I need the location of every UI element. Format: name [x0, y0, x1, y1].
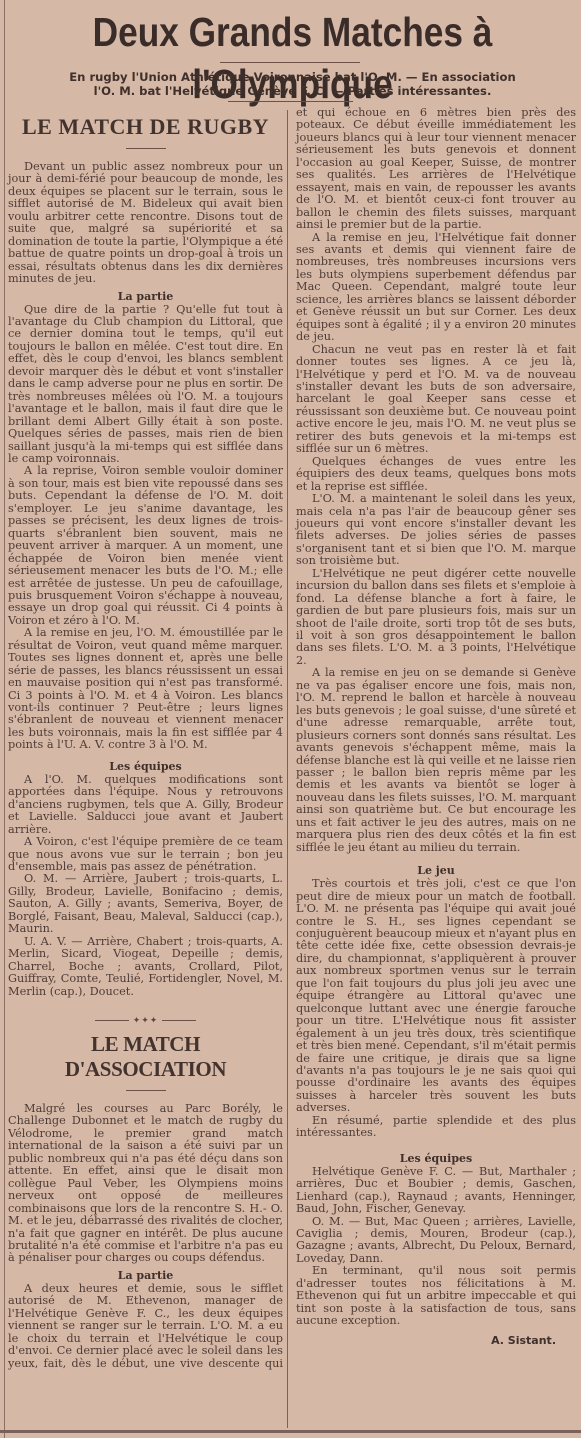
- association-jeu-title: Le jeu: [296, 864, 576, 877]
- association-partie-paragraph: Quelques échanges de vues entre les équi…: [296, 456, 576, 493]
- section-ornament: ✦✦✦: [8, 1016, 283, 1026]
- association-partie-paragraph: Chacun ne veut pas en rester là et fait …: [296, 344, 576, 456]
- rugby-equipes-paragraph: A l'O. M. quelques modifications sont ap…: [8, 774, 283, 836]
- page-edge-rule: [4, 0, 5, 1438]
- association-section-title: LE MATCH D'ASSOCIATION: [8, 1032, 283, 1082]
- association-partie-paragraph: L'Helvétique ne peut digérer cette nouve…: [296, 568, 576, 668]
- rugby-section-title: LE MATCH DE RUGBY: [8, 114, 283, 140]
- association-jeu-paragraph: En résumé, partie splendide et des plus …: [296, 1115, 576, 1140]
- subheadline: En rugby l'Union Athlétique Voironnaise …: [10, 70, 575, 98]
- rugby-equipes-paragraph: A Voiron, c'est l'équipe première de ce …: [8, 836, 283, 873]
- subheadline-line-2: l'O. M. bat l'Helvétique Genève F. C. — …: [10, 84, 575, 98]
- section-rule: [126, 1090, 166, 1091]
- rugby-partie-paragraph: A la remise en jeu, l'O. M. émoustillée …: [8, 627, 283, 752]
- subheadline-rule: [228, 101, 353, 102]
- bottom-rule: [0, 1430, 581, 1433]
- rugby-lineup-uav: U. A. V. — Arrière, Chabert ; trois-quar…: [8, 936, 283, 998]
- association-closing-paragraph: En terminant, qu'il nous soit permis d'a…: [296, 1265, 576, 1327]
- column-divider: [287, 110, 288, 1428]
- association-lineup-helvetique: Helvétique Genève F. C. — But, Marthaler…: [296, 1166, 576, 1216]
- rugby-lineup-om: O. M. — Arrière, Jaubert ; trois-quarts,…: [8, 873, 283, 935]
- right-column: et qui échoue en 6 mètres bien près des …: [296, 107, 576, 1347]
- rugby-partie-title: La partie: [8, 290, 283, 303]
- association-equipes-title: Les équipes: [296, 1152, 576, 1165]
- association-lineup-om: O. M. — But, Mac Queen ; arrières, Lavie…: [296, 1216, 576, 1266]
- association-jeu-paragraph: Très courtois et très joli, c'est ce que…: [296, 878, 576, 1115]
- association-partie-continuation: et qui échoue en 6 mètres bien près des …: [296, 107, 576, 232]
- ornament-line-left: [95, 1020, 129, 1021]
- association-partie-paragraph: L'O. M. a maintenant le soleil dans les …: [296, 493, 576, 568]
- ornament-stars-icon: ✦✦✦: [133, 1016, 159, 1026]
- association-partie-paragraph: A la remise en jeu on se demande si Genè…: [296, 667, 576, 854]
- association-partie-title: La partie: [8, 1269, 283, 1282]
- subheadline-line-1: En rugby l'Union Athlétique Voironnaise …: [10, 70, 575, 84]
- rugby-partie-paragraph: A la reprise, Voiron semble vouloir domi…: [8, 465, 283, 627]
- rugby-intro: Devant un public assez nombreux pour un …: [8, 161, 283, 286]
- rugby-equipes-title: Les équipes: [8, 760, 283, 773]
- association-intro: Malgré les courses au Parc Borély, le Ch…: [8, 1103, 283, 1265]
- association-partie-paragraph: A deux heures et demie, sous le sifflet …: [8, 1283, 283, 1370]
- left-column: LE MATCH DE RUGBY Devant un public assez…: [8, 112, 283, 1370]
- rugby-partie-paragraph: Que dire de la partie ? Qu'elle fut tout…: [8, 304, 283, 466]
- newspaper-page: Deux Grands Matches à l'Olympique En rug…: [0, 0, 581, 1438]
- headline-rule: [220, 62, 360, 63]
- author-signature: A. Sistant.: [296, 1334, 556, 1347]
- ornament-line-right: [162, 1020, 196, 1021]
- section-rule: [126, 148, 166, 149]
- association-partie-paragraph: A la remise en jeu, l'Helvétique fait do…: [296, 232, 576, 344]
